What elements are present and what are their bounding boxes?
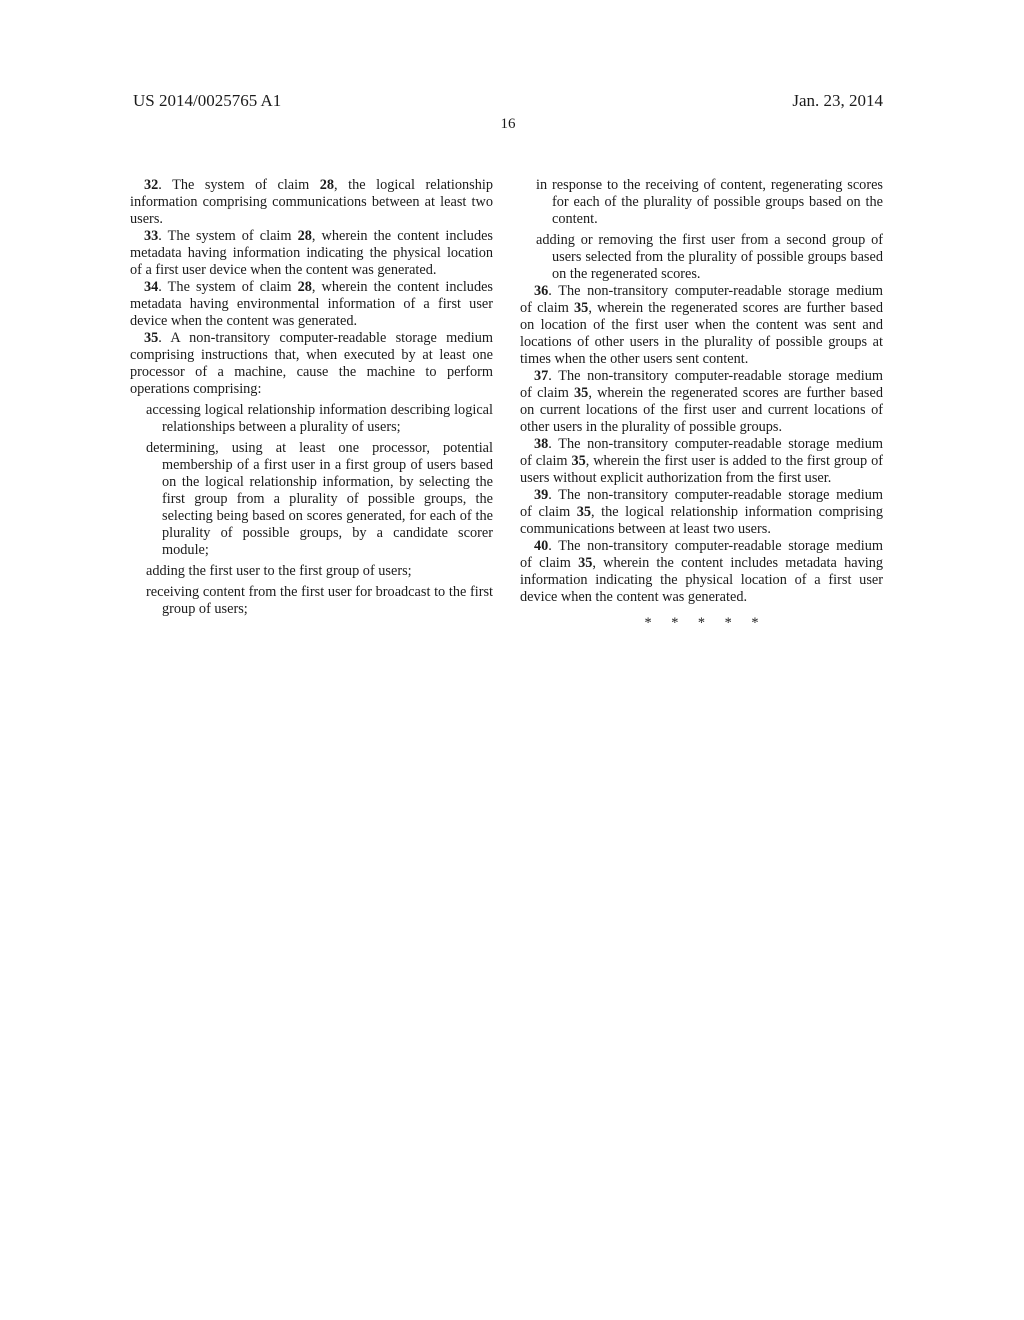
end-of-claims-marker: * * * * * [520,615,883,632]
claim-text-run: . The system of claim [158,228,297,244]
claim-element-paragraph: in response to the receiving of content,… [520,177,883,228]
claim-number: 28 [298,279,312,295]
claim-text-run: . The system of claim [158,177,319,193]
claims-column-right: in response to the receiving of content,… [520,177,883,632]
claim-paragraph: 32. The system of claim 28, the logical … [130,177,493,228]
claim-text-run: adding or removing the first user from a… [536,232,883,282]
claim-text-run: determining, using at least one processo… [146,440,493,558]
claim-number: 35 [577,504,591,520]
claim-number: 40 [534,538,548,554]
claim-number: 34 [144,279,158,295]
claim-text-run: in response to the receiving of content,… [536,177,883,227]
claim-number: 39 [534,487,548,503]
claim-number: 32 [144,177,158,193]
claim-number: 35 [571,453,585,469]
claim-number: 37 [534,368,548,384]
claim-number: 28 [298,228,312,244]
page-number: 16 [133,115,883,133]
claim-text-run: . The system of claim [158,279,297,295]
claim-number: 38 [534,436,548,452]
claim-paragraph: 38. The non-transitory computer-readable… [520,436,883,487]
claim-paragraph: 34. The system of claim 28, wherein the … [130,279,493,330]
claim-paragraph: 36. The non-transitory computer-readable… [520,283,883,368]
claim-paragraph: 37. The non-transitory computer-readable… [520,368,883,436]
claim-number: 35 [574,385,588,401]
claim-text-run: * * * * * [644,615,758,631]
claim-paragraph: 40. The non-transitory computer-readable… [520,538,883,606]
claim-text-run: receiving content from the first user fo… [146,584,493,617]
claim-element-paragraph: adding or removing the first user from a… [520,232,883,283]
claim-paragraph: 35. A non-transitory computer-readable s… [130,330,493,398]
claim-paragraph: 39. The non-transitory computer-readable… [520,487,883,538]
claims-section: 32. The system of claim 28, the logical … [130,177,883,632]
claim-number: 28 [320,177,334,193]
claim-element-paragraph: determining, using at least one processo… [130,440,493,559]
claim-text-run: adding the first user to the first group… [146,563,412,579]
publication-date: Jan. 23, 2014 [792,91,883,111]
claim-number: 35 [578,555,592,571]
claim-number: 35 [144,330,158,346]
claim-element-paragraph: adding the first user to the first group… [130,563,493,580]
claim-text-run: . A non-transitory computer-readable sto… [130,330,493,397]
claim-text-run: accessing logical relationship informati… [146,402,493,435]
claim-element-paragraph: receiving content from the first user fo… [130,584,493,618]
claim-number: 35 [574,300,588,316]
patent-document-page: US 2014/0025765 A1 Jan. 23, 2014 16 32. … [0,0,1024,1320]
claim-number: 36 [534,283,548,299]
patent-publication-number: US 2014/0025765 A1 [133,91,281,111]
claims-column-left: 32. The system of claim 28, the logical … [130,177,493,632]
page-header: US 2014/0025765 A1 Jan. 23, 2014 [133,91,883,111]
claim-number: 33 [144,228,158,244]
claim-element-paragraph: accessing logical relationship informati… [130,402,493,436]
claim-paragraph: 33. The system of claim 28, wherein the … [130,228,493,279]
